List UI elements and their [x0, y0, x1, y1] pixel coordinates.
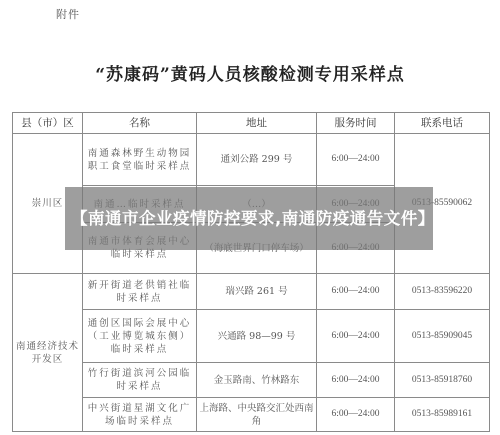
contact-phone: 0513-83596220 [395, 274, 490, 310]
site-address: 金玉路南、竹林路东 [197, 363, 317, 398]
header-address: 地址 [197, 113, 317, 134]
site-address: 兴通路 98—99 号 [197, 310, 317, 363]
site-address: 通刘公路 299 号 [197, 134, 317, 186]
service-time: 6:00—24:00 [317, 274, 395, 310]
header-name: 名称 [83, 113, 197, 134]
table-header-row: 县（市）区 名称 地址 服务时间 联系电话 [13, 113, 490, 134]
table-row: 崇川区 南通森林野生动物园职工食堂临时采样点 通刘公路 299 号 6:00—2… [13, 134, 490, 186]
headline-overlay-banner: 【南通市企业疫情防控要求,南通防疫通告文件】 [65, 187, 433, 250]
service-time: 6:00—24:00 [317, 310, 395, 363]
table-row: 中兴街道星湖文化广场临时采样点 上海路、中央路交汇处西南角 6:00—24:00… [13, 398, 490, 432]
site-name: 通创区国际会展中心（工业博览城东侧）临时采样点 [83, 310, 197, 363]
service-time: 6:00—24:00 [317, 398, 395, 432]
site-name: 竹行街道滨河公园临时采样点 [83, 363, 197, 398]
contact-phone: 0513-85918760 [395, 363, 490, 398]
contact-phone: 0513-85909045 [395, 310, 490, 363]
service-time: 6:00—24:00 [317, 134, 395, 186]
region-cell: 南通经济技术开发区 [13, 274, 83, 432]
site-address: 上海路、中央路交汇处西南角 [197, 398, 317, 432]
site-name: 中兴街道星湖文化广场临时采样点 [83, 398, 197, 432]
table-row: 竹行街道滨河公园临时采样点 金玉路南、竹林路东 6:00—24:00 0513-… [13, 363, 490, 398]
document-title: “苏康码”黄码人员核酸检测专用采样点 [0, 60, 500, 85]
sampling-sites-table: 县（市）区 名称 地址 服务时间 联系电话 崇川区 南通森林野生动物园职工食堂临… [12, 112, 490, 432]
table-row: 通创区国际会展中心（工业博览城东侧）临时采样点 兴通路 98—99 号 6:00… [13, 310, 490, 363]
header-time: 服务时间 [317, 113, 395, 134]
site-address: 瑞兴路 261 号 [197, 274, 317, 310]
service-time: 6:00—24:00 [317, 363, 395, 398]
header-phone: 联系电话 [395, 113, 490, 134]
site-name: 南通森林野生动物园职工食堂临时采样点 [83, 134, 197, 186]
table-row: 南通经济技术开发区 新开街道老供销社临时采样点 瑞兴路 261 号 6:00—2… [13, 274, 490, 310]
attachment-label: 附件 [56, 6, 80, 22]
header-region: 县（市）区 [13, 113, 83, 134]
contact-phone: 0513-85989161 [395, 398, 490, 432]
site-name: 新开街道老供销社临时采样点 [83, 274, 197, 310]
